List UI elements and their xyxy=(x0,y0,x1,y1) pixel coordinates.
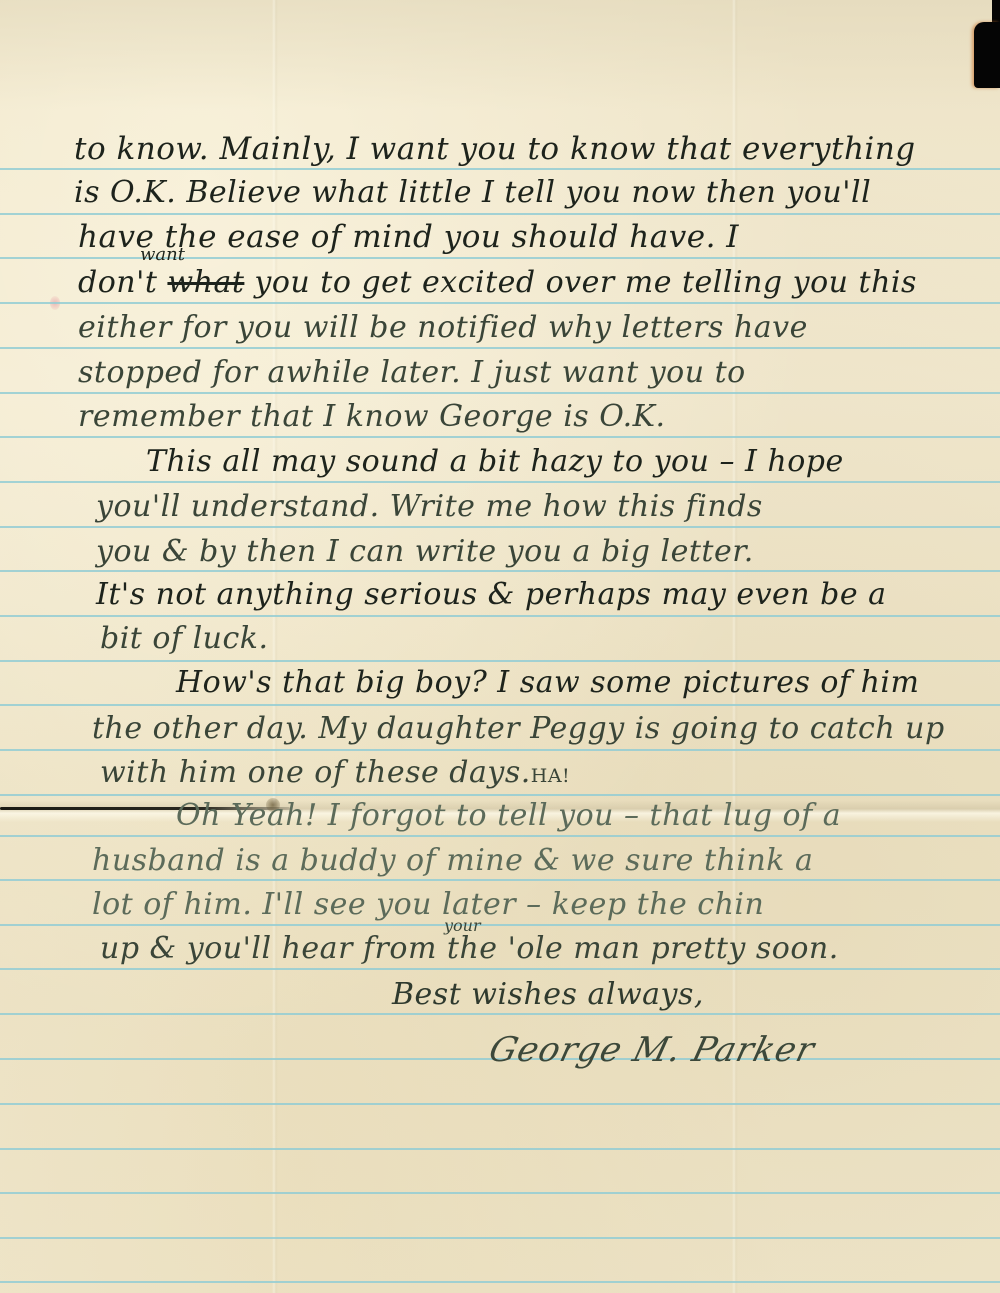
ruled-line xyxy=(0,392,1000,394)
struck-word: what xyxy=(167,265,244,300)
ruled-line xyxy=(0,794,1000,796)
letter-line-4-end: you to get excited over me telling you t… xyxy=(244,265,917,300)
letter-line-16: Oh Yeah! I forgot to tell you – that lug… xyxy=(176,801,841,831)
letter-line-12: bit of luck. xyxy=(100,624,269,654)
letter-line-1: to know. Mainly, I want you to know that… xyxy=(74,134,916,165)
letter-line-18: lot of him. I'll see you later – keep th… xyxy=(92,890,764,920)
ruled-line xyxy=(0,749,1000,751)
ruled-line xyxy=(0,968,1000,970)
ruled-line xyxy=(0,615,1000,617)
letter-line-15: with him one of these days.HA! xyxy=(100,758,570,788)
letter-line-15-ha: HA! xyxy=(531,765,570,787)
letter-line-11: It's not anything serious & perhaps may … xyxy=(96,580,887,610)
letter-line-17: husband is a buddy of mine & we sure thi… xyxy=(92,846,813,876)
ruled-line xyxy=(0,924,1000,926)
letter-line-9: you'll understand. Write me how this fin… xyxy=(96,492,763,522)
ruled-line xyxy=(0,660,1000,662)
letter-line-14: the other day. My daughter Peggy is goin… xyxy=(92,714,945,744)
inserted-word: your xyxy=(444,916,481,935)
ruled-line xyxy=(0,1192,1000,1194)
letter-page: to know. Mainly, I want you to know that… xyxy=(0,0,1000,1293)
ruled-line xyxy=(0,1148,1000,1150)
ruled-line xyxy=(0,436,1000,438)
ruled-line xyxy=(0,168,1000,170)
letter-line-19: up & you'll hear from the 'ole man prett… xyxy=(100,934,839,964)
ruled-line xyxy=(0,302,1000,304)
letter-line-19-start: up & you'll hear from the xyxy=(100,931,508,966)
letter-line-6: stopped for awhile later. I just want yo… xyxy=(78,358,746,388)
ruled-line xyxy=(0,879,1000,881)
correction-above: want xyxy=(140,244,185,265)
letter-line-7: remember that I know George is O.K. xyxy=(78,402,666,432)
letter-line-4: don't what you to get excited over me te… xyxy=(78,268,917,298)
ruled-line xyxy=(0,1103,1000,1105)
letter-line-5: either for you will be notified why lett… xyxy=(78,313,808,343)
letter-line-8: This all may sound a bit hazy to you – I… xyxy=(146,447,844,477)
ruled-line xyxy=(0,347,1000,349)
ruled-line xyxy=(0,704,1000,706)
scan-edge-shadow xyxy=(974,22,1000,88)
letter-line-19-end: 'ole man pretty soon. xyxy=(508,931,839,966)
closing-line: Best wishes always, xyxy=(392,980,704,1010)
letter-line-15-text: with him one of these days. xyxy=(100,755,531,790)
signature: George M. Parker xyxy=(485,1030,819,1070)
ruled-line xyxy=(0,1013,1000,1015)
ruled-line xyxy=(0,481,1000,483)
ruled-line xyxy=(0,1281,1000,1283)
letter-line-4-start: don't xyxy=(78,265,167,300)
ruled-line xyxy=(0,570,1000,572)
ruled-line xyxy=(0,213,1000,215)
letter-line-13: How's that big boy? I saw some pictures … xyxy=(176,668,919,698)
ruled-line xyxy=(0,526,1000,528)
letter-line-10: you & by then I can write you a big lett… xyxy=(96,537,754,567)
ruled-line xyxy=(0,1237,1000,1239)
scan-edge-shadow xyxy=(992,0,1000,24)
paper-top-shading xyxy=(0,0,1000,110)
letter-line-2: is O.K. Believe what little I tell you n… xyxy=(74,178,871,208)
ruled-line xyxy=(0,835,1000,837)
